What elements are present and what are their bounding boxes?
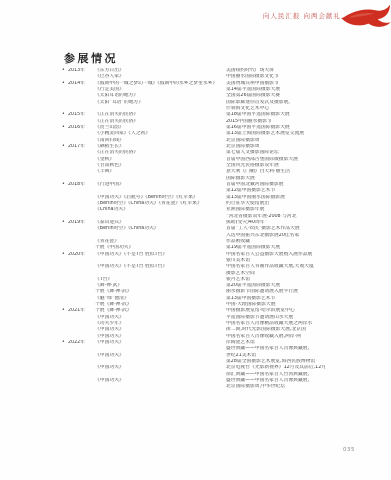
entry-year: 2013年 <box>68 68 95 74</box>
work-titles: 《中国功夫》 <box>95 378 226 384</box>
work-titles: 《中国功夫》《不是T台 胜似T台》 <box>95 264 226 270</box>
work-titles: 《丰碑》 <box>95 169 226 175</box>
exhibition-venue: 北京国际摄影周,中华世纪坛 <box>226 384 391 390</box>
page-header: 向人民汇报 向两会献礼 <box>0 0 391 34</box>
entry-year: 2022年 <box>68 340 95 346</box>
work-titles: 《中国功夫》《不是T台 胜似T台》 <box>95 252 226 258</box>
entry-year: 2018年 <box>68 182 95 188</box>
entry-year: 2014年 <box>68 81 95 87</box>
entry-year: 2020年 <box>68 252 95 258</box>
exhibition-row: 北京国际摄影周,中华世纪坛 <box>0 384 391 390</box>
work-titles: 《China功夫》 <box>95 207 226 213</box>
work-titles: 《Berlin时空》《China功夫》 <box>95 226 226 232</box>
work-titles: 《中国功夫》 <box>95 365 226 371</box>
page-title: 参展情况 <box>64 50 118 66</box>
page-number: 035 <box>343 447 355 453</box>
entry-year: 2019年 <box>68 220 95 226</box>
work-titles: 《中国功夫》 <box>95 340 226 346</box>
exhibition-list: • 2013年 《东方日出》 美国纽约时代广场大屏 《巴谷人家》 中国丽水国际摄… <box>0 68 391 391</box>
work-titles: 《太阳“耳语”的地方》 <box>95 100 226 106</box>
header-slogan: 向人民汇报 向两会献礼 <box>263 11 341 20</box>
red-bird-logo <box>341 2 391 32</box>
entry-year: 2016年 <box>68 125 95 131</box>
entry-year: 2021年 <box>68 308 95 314</box>
book-page: 向人民汇报 向两会献礼 参展情况 • 2013年 《东方日出》 美国纽约时代广场… <box>0 0 391 480</box>
entry-year: 2015年 <box>68 112 95 118</box>
work-titles: 《行进中国》 <box>95 182 226 188</box>
entry-year: 2017年 <box>68 144 95 150</box>
work-titles: 《中国功夫》 <box>95 353 226 359</box>
